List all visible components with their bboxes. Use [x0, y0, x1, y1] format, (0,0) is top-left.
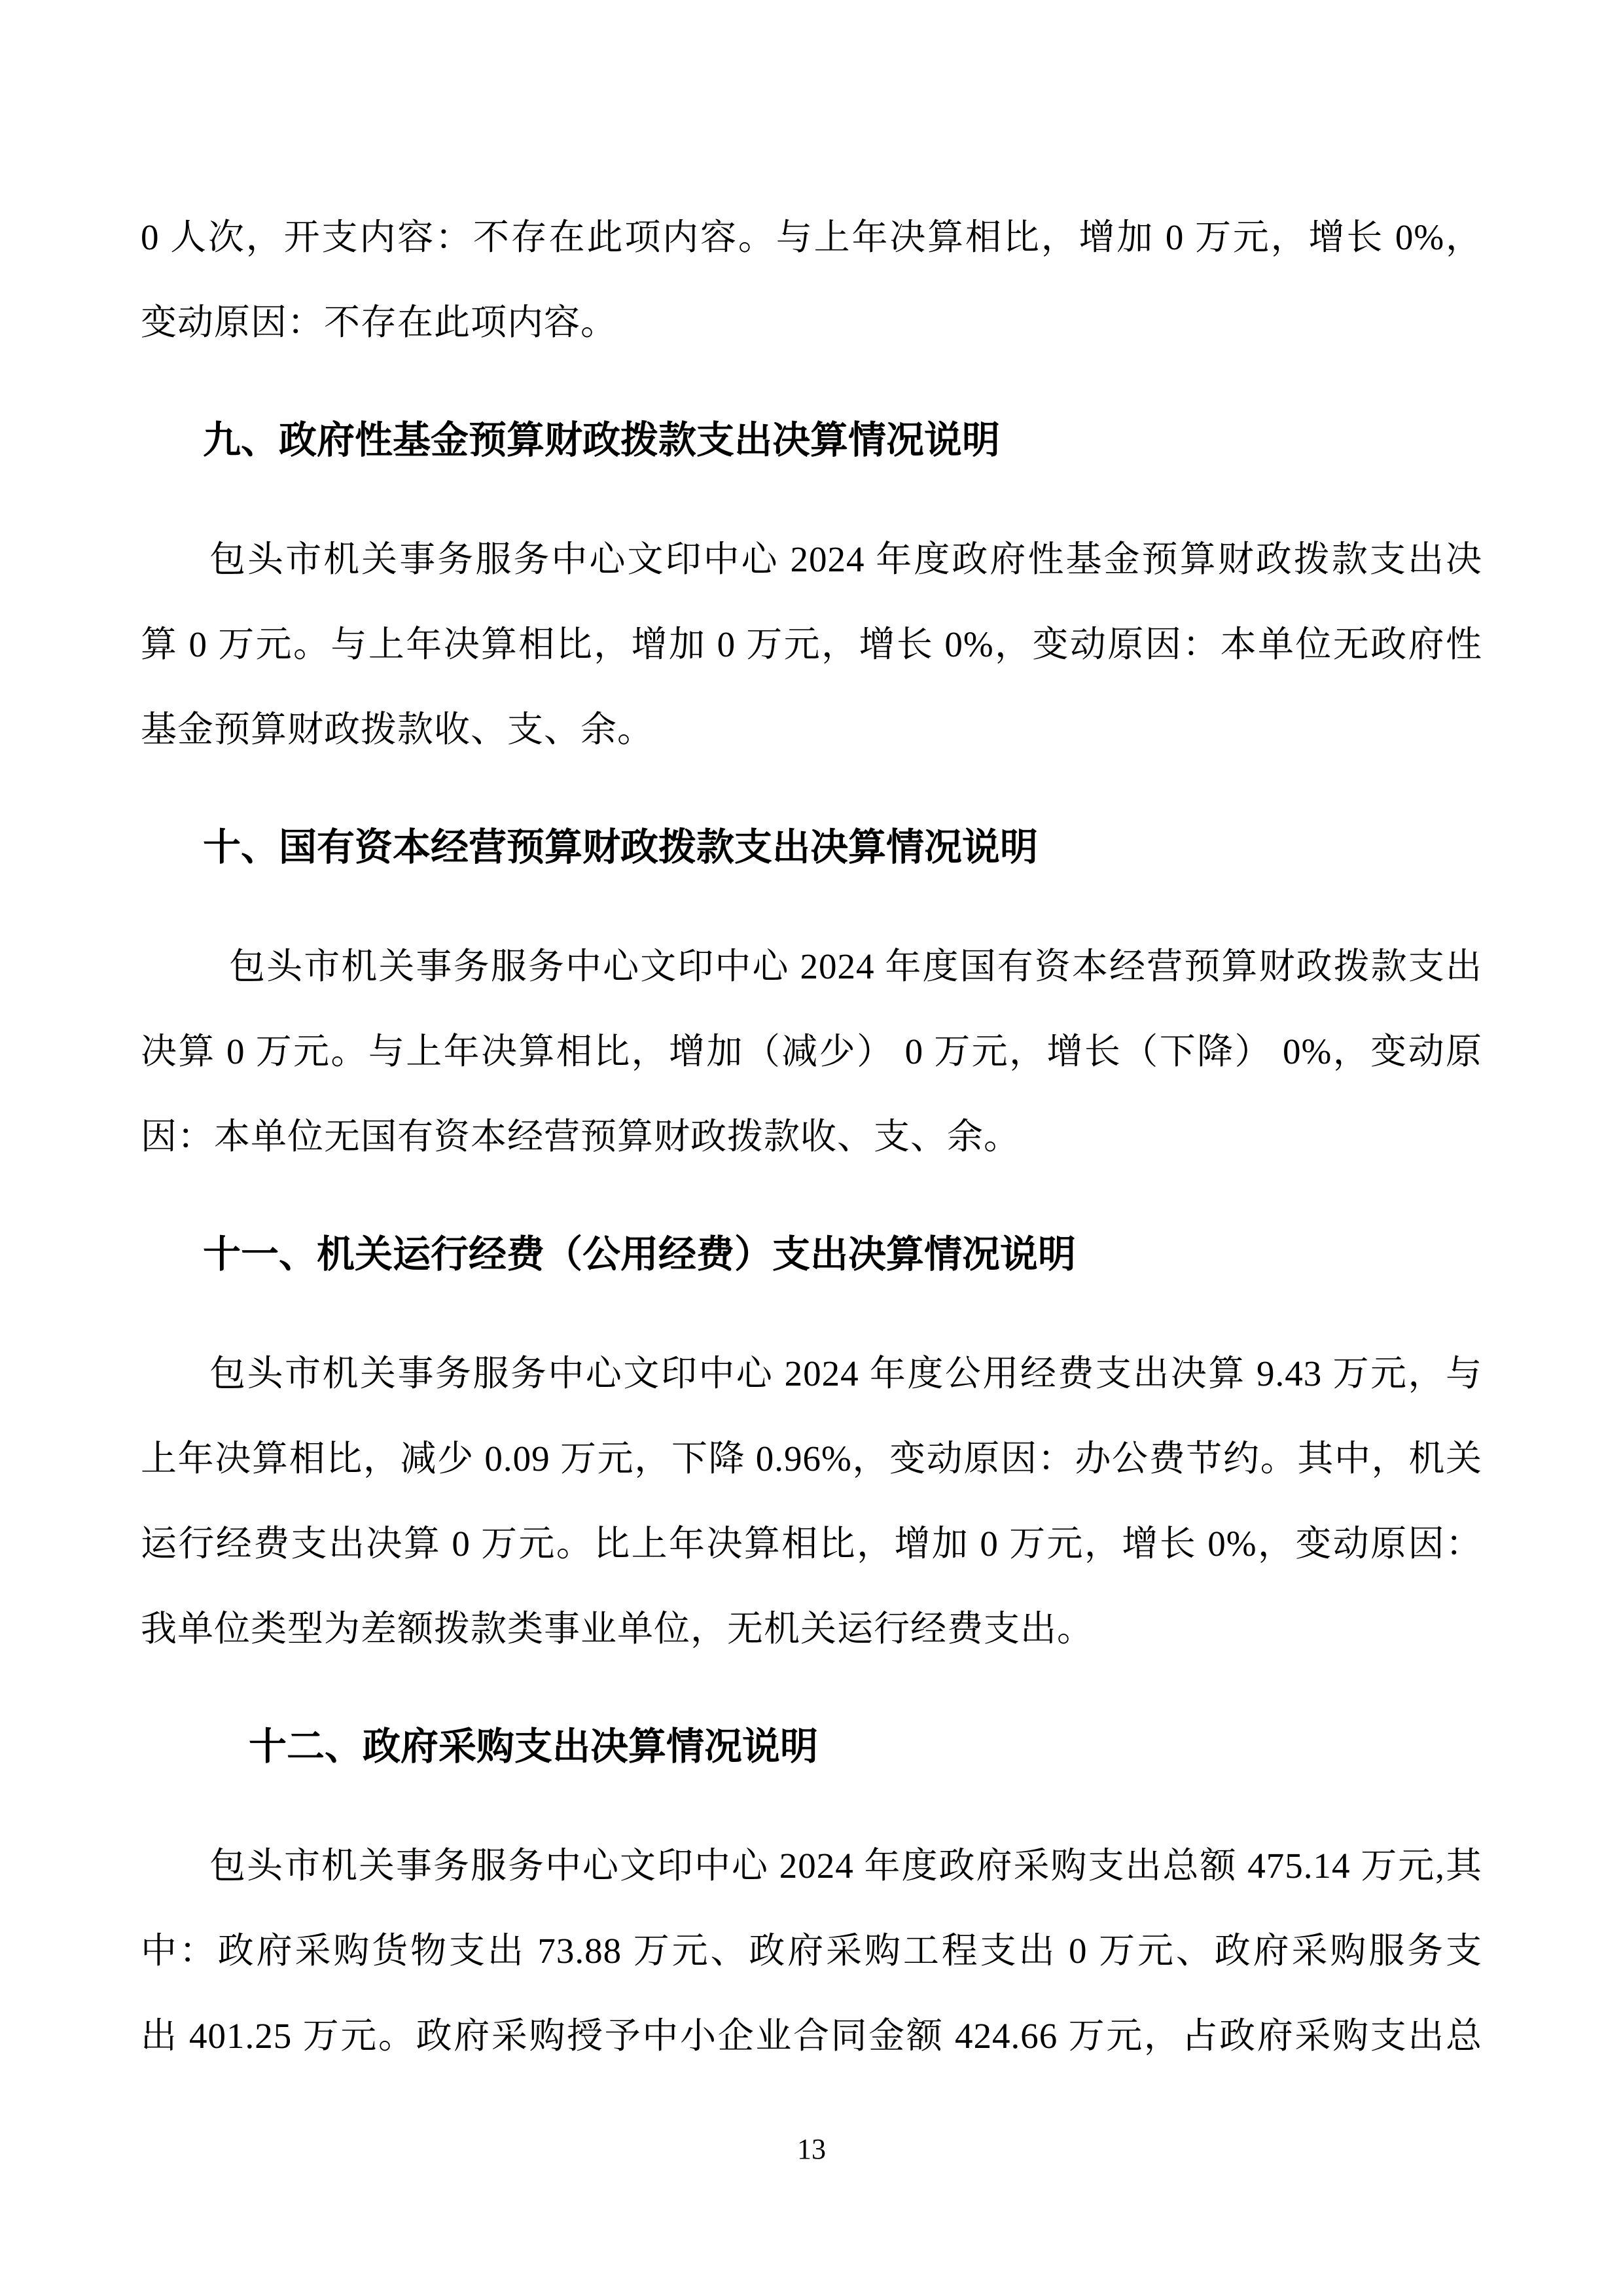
section-heading-10: 十、国有资本经营预算财政拨款支出决算情况说明: [141, 805, 1482, 890]
section-heading-9: 九、政府性基金预算财政拨款支出决算情况说明: [141, 398, 1482, 483]
page-content: 0 人次，开支内容：不存在此项内容。与上年决算相比，增加 0 万元，增长 0%，…: [0, 0, 1623, 2079]
text-line: 包头市机关事务服务中心文印中心 2024 年度公用经费支出决算 9.43 万元，…: [141, 1331, 1482, 1416]
text-line: 因：本单位无国有资本经营预算财政拨款收、支、余。: [141, 1094, 1482, 1179]
text-line: 上年决算相比，减少 0.09 万元，下降 0.96%，变动原因：办公费节约。其中…: [141, 1416, 1482, 1501]
section-heading-12: 十二、政府采购支出决算情况说明: [141, 1704, 1482, 1789]
paragraph-section-11: 包头市机关事务服务中心文印中心 2024 年度公用经费支出决算 9.43 万元，…: [141, 1331, 1482, 1672]
text-line: 0 人次，开支内容：不存在此项内容。与上年决算相比，增加 0 万元，增长 0%，: [141, 195, 1482, 280]
text-line: 基金预算财政拨款收、支、余。: [141, 687, 1482, 772]
text-line: 中：政府采购货物支出 73.88 万元、政府采购工程支出 0 万元、政府采购服务…: [141, 1909, 1482, 1994]
paragraph-section-10: 包头市机关事务服务中心文印中心 2024 年度国有资本经营预算财政拨款支出 决算…: [141, 924, 1482, 1179]
paragraph-continuation: 0 人次，开支内容：不存在此项内容。与上年决算相比，增加 0 万元，增长 0%，…: [141, 195, 1482, 365]
text-line: 包头市机关事务服务中心文印中心 2024 年度政府性基金预算财政拨款支出决: [141, 517, 1482, 602]
paragraph-section-12: 包头市机关事务服务中心文印中心 2024 年度政府采购支出总额 475.14 万…: [141, 1823, 1482, 2079]
text-line: 包头市机关事务服务中心文印中心 2024 年度国有资本经营预算财政拨款支出: [141, 924, 1482, 1009]
text-line: 决算 0 万元。与上年决算相比，增加（减少） 0 万元，增长（下降） 0%，变动…: [141, 1009, 1482, 1094]
paragraph-section-9: 包头市机关事务服务中心文印中心 2024 年度政府性基金预算财政拨款支出决 算 …: [141, 517, 1482, 772]
section-heading-11: 十一、机关运行经费（公用经费）支出决算情况说明: [141, 1212, 1482, 1297]
document-page: 0 人次，开支内容：不存在此项内容。与上年决算相比，增加 0 万元，增长 0%，…: [0, 0, 1623, 2296]
text-line: 变动原因：不存在此项内容。: [141, 280, 1482, 365]
text-line: 包头市机关事务服务中心文印中心 2024 年度政府采购支出总额 475.14 万…: [141, 1823, 1482, 1909]
text-line: 出 401.25 万元。政府采购授予中小企业合同金额 424.66 万元，占政府…: [141, 1994, 1482, 2079]
text-line: 算 0 万元。与上年决算相比，增加 0 万元，增长 0%，变动原因：本单位无政府…: [141, 602, 1482, 687]
text-line: 我单位类型为差额拨款类事业单位，无机关运行经费支出。: [141, 1587, 1482, 1672]
page-number: 13: [797, 2135, 826, 2164]
page-footer: 13: [0, 2135, 1623, 2164]
text-line: 运行经费支出决算 0 万元。比上年决算相比，增加 0 万元，增长 0%，变动原因…: [141, 1501, 1482, 1587]
